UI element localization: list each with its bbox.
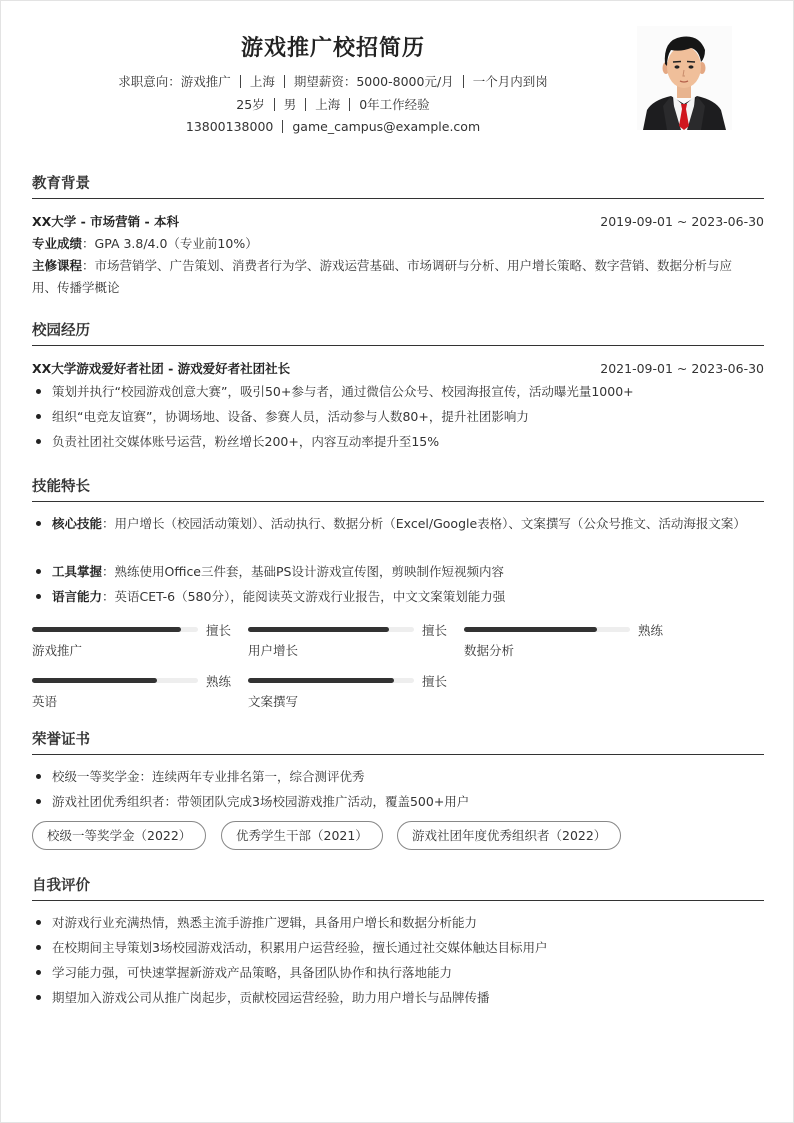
- skill-level: 熟练: [206, 672, 231, 690]
- work-experience: 0年工作经验: [359, 97, 429, 112]
- skill-bar: 熟练 数据分析: [464, 622, 664, 662]
- separator: [282, 120, 283, 133]
- list-item: 负责社团社交媒体账号运营，粉丝增长200+，内容互动率提升至15%: [32, 429, 764, 454]
- skill-label: 语言能力: [52, 589, 102, 604]
- skill-name: 文案撰写: [248, 692, 298, 710]
- skill-name: 用户增长: [248, 641, 298, 659]
- section-divider: [32, 345, 764, 346]
- email[interactable]: game_campus@example.com: [292, 119, 480, 134]
- list-item: 组织“电竞友谊赛”，协调场地、设备、参赛人员，活动参与人数80+，提升社团影响力: [32, 404, 764, 429]
- job-intent-line: 求职意向：游戏推广上海期望薪资：5000-8000元/月一个月内到岗: [1, 72, 665, 90]
- skill-bar: 擅长 游戏推广: [32, 622, 232, 662]
- section-title: 技能特长: [32, 477, 764, 501]
- avatar: [637, 26, 732, 130]
- skills-bullets: 核心技能：用户增长（校园活动策划）、活动执行、数据分析（Excel/Google…: [32, 511, 764, 609]
- honor-chip: 校级一等奖学金（2022）: [32, 821, 206, 850]
- section-divider: [32, 501, 764, 502]
- education-entry-header: XX大学 - 市场营销 - 本科 2019-09-01 ~ 2023-06-30: [32, 213, 764, 229]
- contact-line: 13800138000game_campus@example.com: [1, 119, 665, 134]
- separator: [240, 75, 241, 88]
- personal-info-line: 25岁男上海0年工作经验: [1, 95, 665, 113]
- skill-fill: [464, 627, 597, 632]
- list-item: 校级一等奖学金：连续两年专业排名第一，综合测评优秀: [32, 764, 764, 789]
- skill-name: 游戏推广: [32, 641, 82, 659]
- list-item: 期望加入游戏公司从推广岗起步，贡献校园运营经验，助力用户增长与品牌传播: [32, 985, 764, 1010]
- section-skills: 技能特长 核心技能：用户增长（校园活动策划）、活动执行、数据分析（Excel/G…: [32, 477, 764, 609]
- skill-fill: [32, 678, 157, 683]
- list-item: 对游戏行业充满热情，熟悉主流手游推广逻辑，具备用户增长和数据分析能力: [32, 910, 764, 935]
- section-title: 教育背景: [32, 174, 764, 198]
- skill-bar: 熟练 英语: [32, 673, 232, 713]
- honor-chip: 游戏社团年度优秀组织者（2022）: [397, 821, 621, 850]
- gpa-value: ：GPA 3.8/4.0（专业前10%）: [82, 236, 258, 251]
- resume-header: 游戏推广校招简历 求职意向：游戏推广上海期望薪资：5000-8000元/月一个月…: [1, 1, 794, 151]
- skill-label: 核心技能: [52, 516, 102, 531]
- job-intent: 求职意向：游戏推广: [118, 74, 231, 89]
- phone: 13800138000: [186, 119, 273, 134]
- skill-level: 擅长: [422, 672, 447, 690]
- skill-track: [32, 678, 198, 683]
- skill-level: 熟练: [638, 621, 663, 639]
- skill-name: 数据分析: [464, 641, 514, 659]
- courses-label: 主修课程: [32, 258, 82, 273]
- resume-title: 游戏推广校招简历: [1, 31, 665, 62]
- section-divider: [32, 754, 764, 755]
- skill-bar: 擅长 文案撰写: [248, 673, 448, 713]
- list-item: 策划并执行“校园游戏创意大赛”，吸引50+参与者，通过微信公众号、校园海报宣传，…: [32, 379, 764, 404]
- resume-page: 游戏推广校招简历 求职意向：游戏推广上海期望薪资：5000-8000元/月一个月…: [0, 0, 794, 1123]
- skill-fill: [248, 678, 394, 683]
- list-item: 工具掌握：熟练使用Office三件套，基础PS设计游戏宣传图，剪映制作短视频内容: [32, 559, 764, 584]
- section-title: 荣誉证书: [32, 730, 764, 754]
- skill-track: [248, 678, 414, 683]
- skill-bars: 擅长 游戏推广 擅长 用户增长 熟练 数据分析 熟练 英语 擅长 文案撰写: [32, 622, 732, 712]
- location: 上海: [315, 97, 340, 112]
- organization-role: XX大学游戏爱好者社团 - 游戏爱好者社团社长: [32, 359, 290, 377]
- self-eval-bullets: 对游戏行业充满热情，熟悉主流手游推广逻辑，具备用户增长和数据分析能力 在校期间主…: [32, 910, 764, 1010]
- honor-chips: 校级一等奖学金（2022） 优秀学生干部（2021） 游戏社团年度优秀组织者（2…: [32, 821, 764, 851]
- school-major-degree: XX大学 - 市场营销 - 本科: [32, 212, 179, 230]
- skill-level: 擅长: [422, 621, 447, 639]
- list-item: 游戏社团优秀组织者：带领团队完成3场校园游戏推广活动，覆盖500+用户: [32, 789, 764, 814]
- skill-name: 英语: [32, 692, 57, 710]
- separator: [305, 98, 306, 111]
- honors-bullets: 校级一等奖学金：连续两年专业排名第一，综合测评优秀 游戏社团优秀组织者：带领团队…: [32, 764, 764, 814]
- gender: 男: [284, 97, 297, 112]
- skill-fill: [32, 627, 181, 632]
- separator: [284, 75, 285, 88]
- campus-entry-header: XX大学游戏爱好者社团 - 游戏爱好者社团社长 2021-09-01 ~ 202…: [32, 360, 764, 376]
- availability: 一个月内到岗: [473, 74, 548, 89]
- list-item: 语言能力：英语CET-6（580分），能阅读英文游戏行业报告，中文文案策划能力强: [32, 584, 764, 609]
- gpa-line: 专业成绩：GPA 3.8/4.0（专业前10%）: [32, 233, 764, 255]
- gpa-label: 专业成绩: [32, 236, 82, 251]
- courses-line: 主修课程：市场营销学、广告策划、消费者行为学、游戏运营基础、市场调研与分析、用户…: [32, 255, 764, 277]
- separator: [349, 98, 350, 111]
- skill-track: [464, 627, 630, 632]
- list-item: 在校期间主导策划3场校园游戏活动，积累用户运营经验，擅长通过社交媒体触达目标用户: [32, 935, 764, 960]
- campus-bullets: 策划并执行“校园游戏创意大赛”，吸引50+参与者，通过微信公众号、校园海报宣传，…: [32, 379, 764, 454]
- courses-value: ：市场营销学、广告策划、消费者行为学、游戏运营基础、市场调研与分析、用户增长策略…: [82, 258, 732, 273]
- section-honors: 荣誉证书 校级一等奖学金：连续两年专业排名第一，综合测评优秀 游戏社团优秀组织者…: [32, 730, 764, 814]
- section-title: 自我评价: [32, 876, 764, 900]
- campus-dates: 2021-09-01 ~ 2023-06-30: [600, 361, 764, 376]
- section-education: 教育背景 XX大学 - 市场营销 - 本科 2019-09-01 ~ 2023-…: [32, 174, 764, 299]
- courses-line-cont: 用、传播学概论: [32, 277, 764, 299]
- education-dates: 2019-09-01 ~ 2023-06-30: [600, 214, 764, 229]
- skill-label: 工具掌握: [52, 564, 102, 579]
- section-divider: [32, 198, 764, 199]
- skill-level: 擅长: [206, 621, 231, 639]
- section-self-evaluation: 自我评价 对游戏行业充满热情，熟悉主流手游推广逻辑，具备用户增长和数据分析能力 …: [32, 876, 764, 1010]
- expected-salary: 期望薪资：5000-8000元/月: [294, 74, 454, 89]
- section-divider: [32, 900, 764, 901]
- skill-fill: [248, 627, 389, 632]
- person-portrait-icon: [637, 26, 732, 130]
- intent-city: 上海: [250, 74, 275, 89]
- honor-chip: 优秀学生干部（2021）: [221, 821, 383, 850]
- skill-bar: 擅长 用户增长: [248, 622, 448, 662]
- separator: [274, 98, 275, 111]
- skill-track: [248, 627, 414, 632]
- age: 25岁: [236, 97, 264, 112]
- section-title: 校园经历: [32, 321, 764, 345]
- list-item: 学习能力强，可快速掌握新游戏产品策略，具备团队协作和执行落地能力: [32, 960, 764, 985]
- list-item: 核心技能：用户增长（校园活动策划）、活动执行、数据分析（Excel/Google…: [32, 511, 764, 536]
- section-campus: 校园经历 XX大学游戏爱好者社团 - 游戏爱好者社团社长 2021-09-01 …: [32, 321, 764, 454]
- separator: [463, 75, 464, 88]
- skill-track: [32, 627, 198, 632]
